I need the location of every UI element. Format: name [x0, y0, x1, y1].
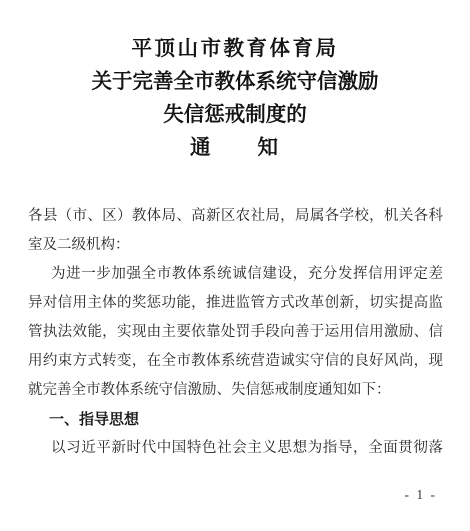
title-line-3: 失信惩戒制度的: [0, 99, 470, 132]
section-heading-1: 一、指导思想: [28, 405, 443, 434]
para1-line-2: 异对信用主体的奖惩功能，推进监管方式改革创新，切实提高监: [28, 289, 443, 318]
para2-line-1: 以习近平新时代中国特色社会主义思想为指导，全面贯彻落: [28, 434, 443, 463]
title-line-2: 关于完善全市教体系统守信激励: [0, 66, 470, 99]
para1-line-5: 就完善全市教体系统守信激励、失信惩戒制度通知如下：: [28, 376, 443, 405]
document-body: 各县（市、区）教体局、高新区农社局，局属各学校，机关各科 室及二级机构： 为进一…: [28, 202, 443, 463]
title-line-1: 平顶山市教育体育局: [0, 33, 470, 66]
salutation-line-2: 室及二级机构：: [28, 231, 443, 260]
para1-line-4: 用约束方式转变，在全市教体系统营造诚实守信的良好风尚，现: [28, 347, 443, 376]
document-page: 平顶山市教育体育局 关于完善全市教体系统守信激励 失信惩戒制度的 通 知 各县（…: [0, 0, 470, 531]
page-number: - 1 -: [405, 487, 438, 503]
document-title: 平顶山市教育体育局 关于完善全市教体系统守信激励 失信惩戒制度的 通 知: [0, 33, 470, 165]
para1-line-1: 为进一步加强全市教体系统诚信建设，充分发挥信用评定差: [28, 260, 443, 289]
title-notice-line: 通 知: [0, 132, 470, 165]
para1-line-3: 管执法效能，实现由主要依靠处罚手段向善于运用信用激励、信: [28, 318, 443, 347]
salutation-line-1: 各县（市、区）教体局、高新区农社局，局属各学校，机关各科: [28, 202, 443, 231]
